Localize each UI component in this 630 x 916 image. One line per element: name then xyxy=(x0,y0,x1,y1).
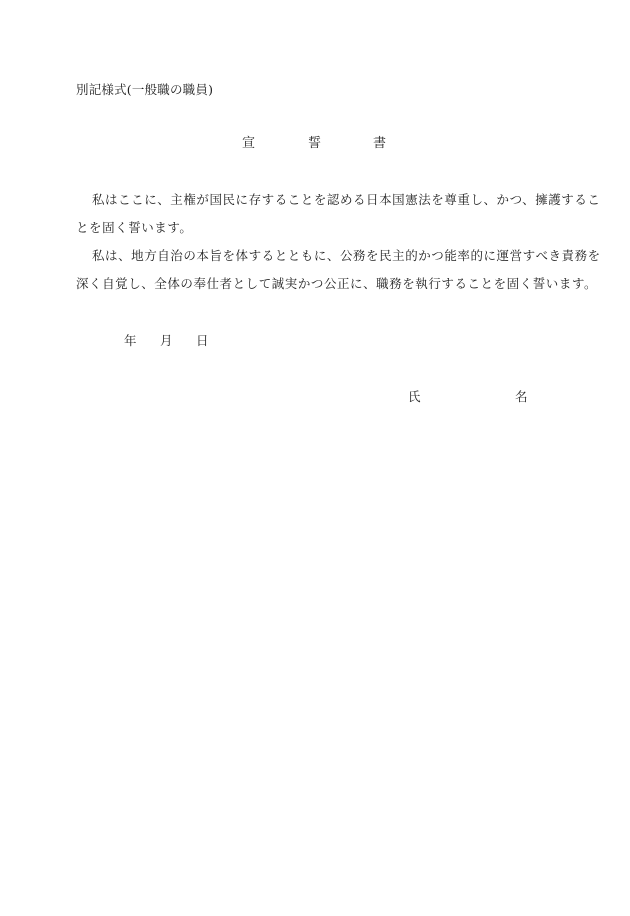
form-label: 別記様式(一般職の職員) xyxy=(76,84,213,97)
date-month-label: 月 xyxy=(160,335,173,348)
signature-name-label-2: 名 xyxy=(515,391,528,404)
paragraph-1-line-2: とを固く誓います。 xyxy=(76,222,192,235)
date-year-label: 年 xyxy=(124,335,137,348)
title-char-2: 誓 xyxy=(308,137,321,150)
document-page: 別記様式(一般職の職員) 宣 誓 書 私はここに、主権が国民に存することを認める… xyxy=(0,0,630,916)
title-char-3: 書 xyxy=(373,137,386,150)
date-day-label: 日 xyxy=(196,335,209,348)
paragraph-2-line-1: 私は、地方自治の本旨を体するとともに、公務を民主的かつ能率的に運営すべき責務を xyxy=(92,250,601,263)
signature-name-label-1: 氏 xyxy=(408,391,421,404)
paragraph-2-line-2: 深く自覚し、全体の奉仕者として誠実かつ公正に、職務を執行することを固く誓います。 xyxy=(76,278,597,291)
title-char-1: 宣 xyxy=(242,137,255,150)
paragraph-1-line-1: 私はここに、主権が国民に存することを認める日本国憲法を尊重し、かつ、擁護するこ xyxy=(92,194,600,207)
